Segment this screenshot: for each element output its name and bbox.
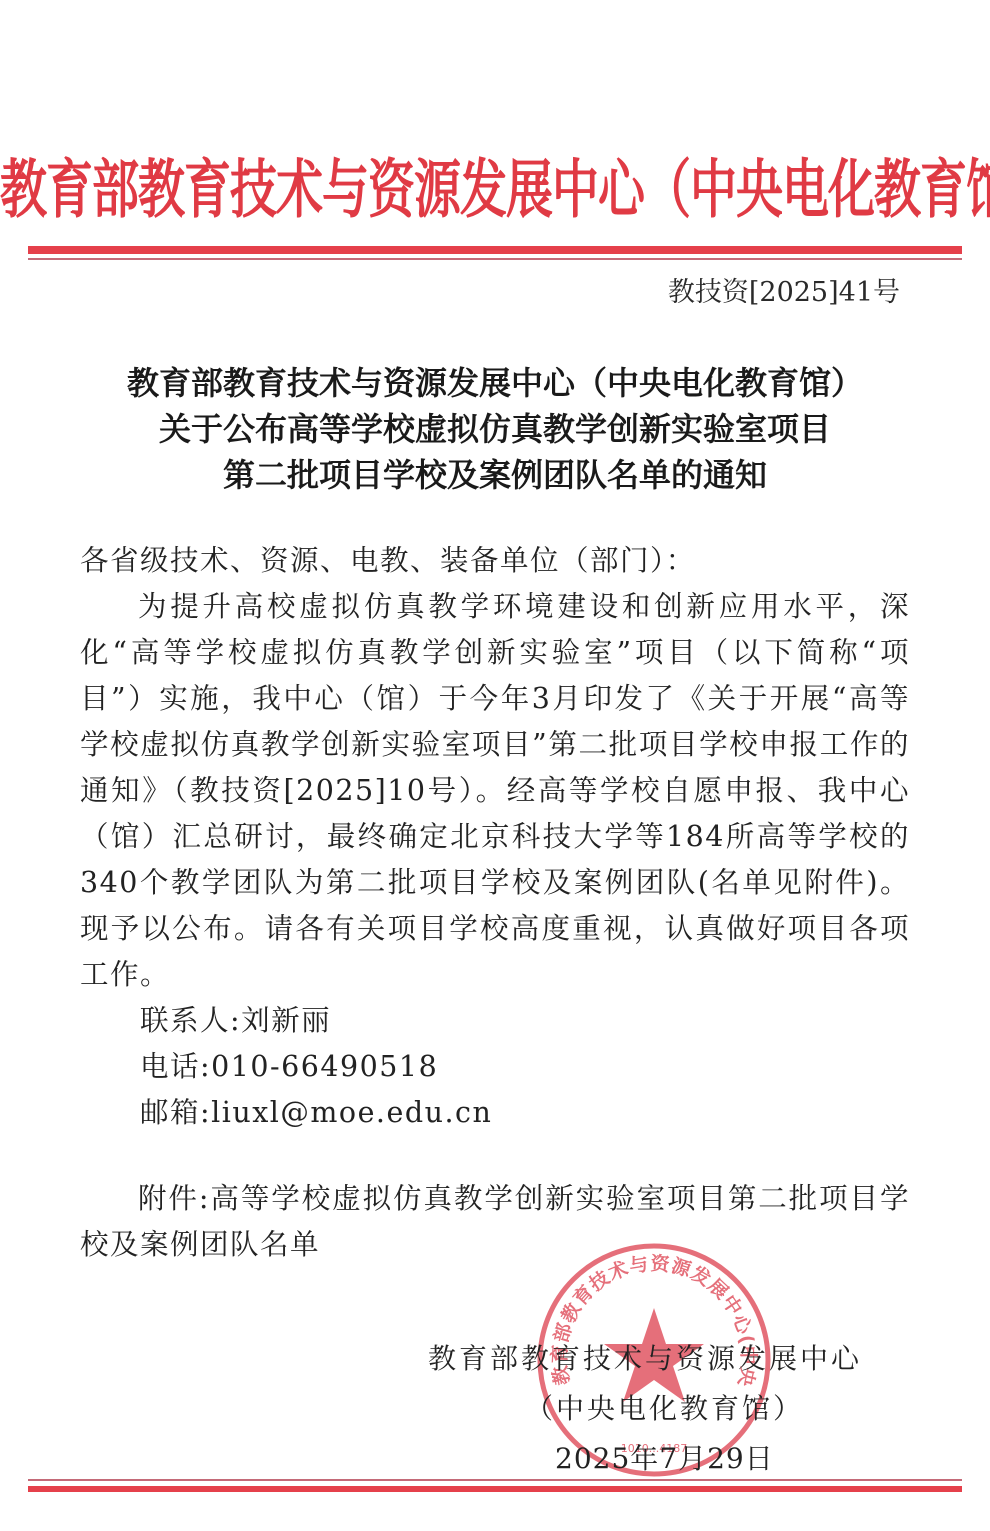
spacer [80, 1136, 910, 1176]
contact-phone: 电话:010-66490518 [80, 1044, 910, 1090]
attachment-label: 附件: [138, 1182, 210, 1215]
letterhead-thick-rule [28, 246, 962, 254]
contact-person-label: 联系人: [140, 1004, 241, 1037]
contact-phone-label: 电话: [140, 1050, 211, 1083]
letterhead-thin-rule [28, 258, 962, 260]
notice-title: 教育部教育技术与资源发展中心（中央电化教育馆） 关于公布高等学校虚拟仿真教学创新… [0, 360, 990, 498]
contact-email-label: 邮箱: [140, 1096, 211, 1129]
footer-thin-rule [28, 1479, 962, 1481]
salutation: 各省级技术、资源、电教、装备单位（部门）： [80, 538, 910, 584]
letterhead-title: 教育部教育技术与资源发展中心（中央电化教育馆）函件 [0, 140, 990, 230]
footer-thick-rule [28, 1486, 962, 1492]
main-paragraph: 为提升高校虚拟仿真教学环境建设和创新应用水平，深化“高等学校虚拟仿真教学创新实验… [80, 584, 910, 998]
notice-title-line-3: 第二批项目学校及案例团队名单的通知 [0, 452, 990, 498]
document-number: 教技资[2025]41号 [668, 270, 900, 309]
contact-email: 邮箱:liuxl@moe.edu.cn [80, 1090, 910, 1136]
notice-title-line-2: 关于公布高等学校虚拟仿真教学创新实验室项目 [0, 406, 990, 452]
attachment: 附件:高等学校虚拟仿真教学创新实验室项目第二批项目学校及案例团队名单 [80, 1176, 910, 1268]
signature-org: 教育部教育技术与资源发展中心 [428, 1334, 862, 1384]
contact-phone-number: 010-66490518 [211, 1050, 438, 1083]
signature-date: 2025年7月29日 [555, 1434, 774, 1484]
notice-title-line-1: 教育部教育技术与资源发展中心（中央电化教育馆） [0, 360, 990, 406]
signature-org-alt: （中央电化教育馆） [525, 1384, 804, 1434]
notice-body: 各省级技术、资源、电教、装备单位（部门）： 为提升高校虚拟仿真教学环境建设和创新… [80, 538, 910, 1268]
contact-person: 联系人:刘新丽 [80, 998, 910, 1044]
contact-person-name: 刘新丽 [241, 1004, 331, 1037]
contact-email-address[interactable]: liuxl@moe.edu.cn [211, 1096, 492, 1129]
